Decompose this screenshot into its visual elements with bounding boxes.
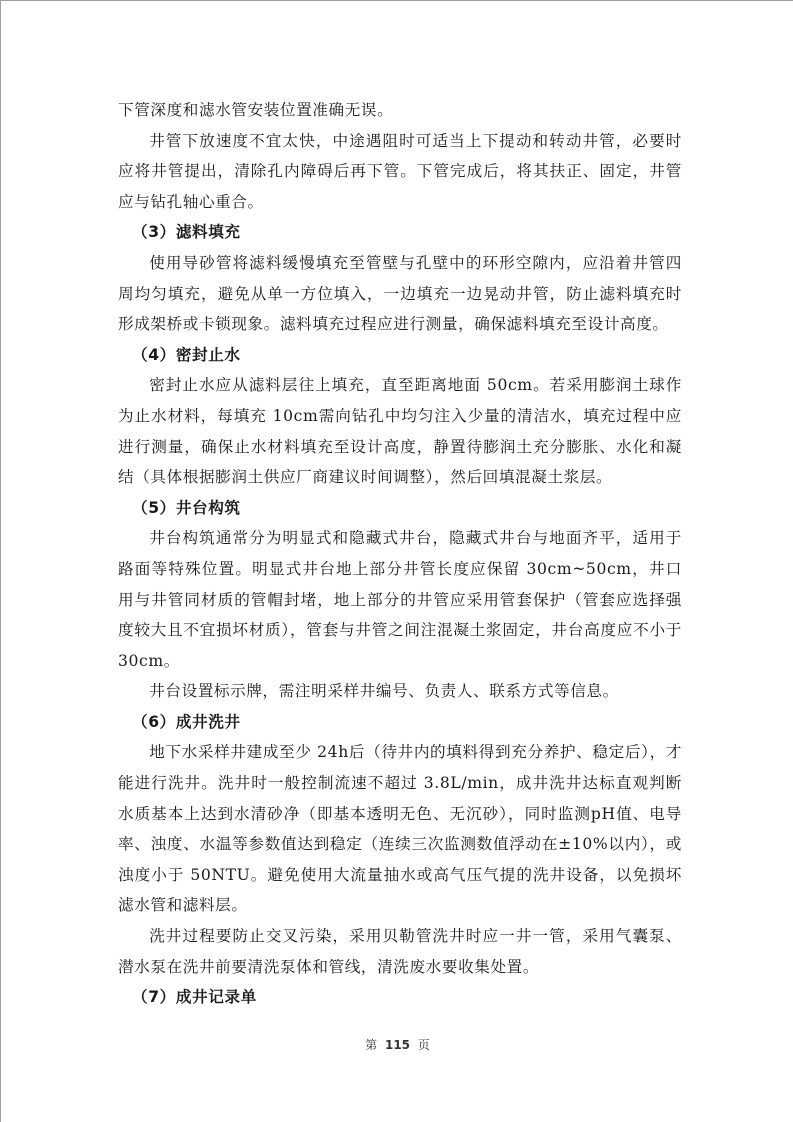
paragraph: 密封止水应从滤料层往上填充，直至距离地面 50cm。若采用膨润土球作为止水材料，…: [118, 370, 682, 492]
document-page: 下管深度和滤水管安装位置准确无误。 井管下放速度不宜太快，中途遇阻时可适当上下提…: [0, 0, 793, 1122]
paragraph: 井台构筑通常分为明显式和隐藏式井台，隐藏式井台与地面齐平，适用于路面等特殊位置。…: [118, 523, 682, 676]
section-heading: （5）井台构筑: [118, 493, 682, 524]
page-number-suffix: 页: [418, 1038, 430, 1052]
page-footer: 第 115 页: [1, 1036, 793, 1053]
section-heading: （6）成井洗井: [118, 707, 682, 738]
page-content: 下管深度和滤水管安装位置准确无误。 井管下放速度不宜太快，中途遇阻时可适当上下提…: [118, 95, 682, 1013]
page-number-prefix: 第: [365, 1038, 377, 1052]
paragraph: 井管下放速度不宜太快，中途遇阻时可适当上下提动和转动井管，必要时应将井管提出，清…: [118, 126, 682, 218]
section-heading: （7）成井记录单: [118, 982, 682, 1013]
paragraph: 地下水采样井建成至少 24h后（待井内的填料得到充分养护、稳定后），才能进行洗井…: [118, 737, 682, 921]
paragraph: 洗井过程要防止交叉污染，采用贝勒管洗井时应一井一管，采用气囊泵、潜水泵在洗井前要…: [118, 921, 682, 982]
section-heading: （3）滤料填充: [118, 217, 682, 248]
page-number: 115: [385, 1038, 410, 1052]
paragraph: 使用导砂管将滤料缓慢填充至管壁与孔壁中的环形空隙内，应沿着井管四周均匀填充，避免…: [118, 248, 682, 340]
section-heading: （4）密封止水: [118, 340, 682, 371]
paragraph: 井台设置标示牌，需注明采样井编号、负责人、联系方式等信息。: [118, 676, 682, 707]
paragraph: 下管深度和滤水管安装位置准确无误。: [118, 95, 682, 126]
